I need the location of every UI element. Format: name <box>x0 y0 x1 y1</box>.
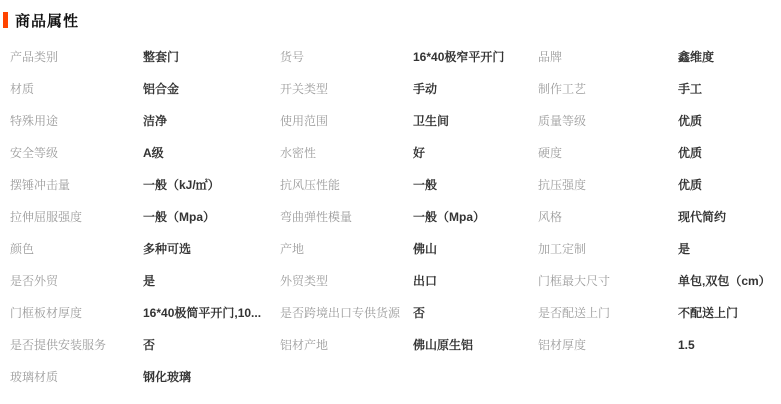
attr-label: 使用范围 <box>280 105 413 137</box>
attr-label: 铝材厚度 <box>538 329 678 361</box>
attr-label: 是否配送上门 <box>538 297 678 329</box>
attr-value: 16*40极简平开门,10... <box>143 297 280 329</box>
attr-label: 产地 <box>280 233 413 265</box>
attr-value: 不配送上门 <box>678 297 781 329</box>
attr-value: 单包,双包（cm） <box>678 265 781 297</box>
attr-value: 优质 <box>678 169 781 201</box>
attr-label: 水密性 <box>280 137 413 169</box>
attr-value: 铝合金 <box>143 73 280 105</box>
attr-value: 佛山原生铝 <box>413 329 538 361</box>
attr-value: 否 <box>413 297 538 329</box>
attr-value: 否 <box>143 329 280 361</box>
attr-value: 优质 <box>678 137 781 169</box>
attr-label: 玻璃材质 <box>10 361 143 393</box>
attr-value: 手动 <box>413 73 538 105</box>
section-header: 商品属性 <box>3 10 781 30</box>
attr-value: 一般（Mpa） <box>413 201 538 233</box>
attributes-grid: 产品类别整套门货号16*40极窄平开门品牌鑫维度材质铝合金开关类型手动制作工艺手… <box>0 41 781 393</box>
attr-label: 抗压强度 <box>538 169 678 201</box>
attr-label: 风格 <box>538 201 678 233</box>
attr-value: 一般 <box>413 169 538 201</box>
attr-label: 质量等级 <box>538 105 678 137</box>
attr-label: 抗风压性能 <box>280 169 413 201</box>
attr-value: 16*40极窄平开门 <box>413 41 538 73</box>
attr-label: 是否外贸 <box>10 265 143 297</box>
attr-value: 手工 <box>678 73 781 105</box>
attr-label: 品牌 <box>538 41 678 73</box>
attr-label: 弯曲弹性模量 <box>280 201 413 233</box>
attr-label: 外贸类型 <box>280 265 413 297</box>
attr-value: 钢化玻璃 <box>143 361 280 393</box>
attr-value: 好 <box>413 137 538 169</box>
attr-label: 特殊用途 <box>10 105 143 137</box>
attr-label: 是否跨境出口专供货源 <box>280 297 413 329</box>
attr-value: 出口 <box>413 265 538 297</box>
attr-label: 货号 <box>280 41 413 73</box>
attr-label: 门框最大尺寸 <box>538 265 678 297</box>
accent-bar-icon <box>3 12 8 28</box>
attr-label: 开关类型 <box>280 73 413 105</box>
attr-label: 拉伸屈服强度 <box>10 201 143 233</box>
attr-value: 佛山 <box>413 233 538 265</box>
attr-value: 现代简约 <box>678 201 781 233</box>
attr-value: 是 <box>678 233 781 265</box>
attr-value: 鑫维度 <box>678 41 781 73</box>
attr-value: 卫生间 <box>413 105 538 137</box>
attr-label: 是否提供安装服务 <box>10 329 143 361</box>
attr-label: 制作工艺 <box>538 73 678 105</box>
product-attributes-section: 商品属性 产品类别整套门货号16*40极窄平开门品牌鑫维度材质铝合金开关类型手动… <box>0 0 781 393</box>
attr-value: 整套门 <box>143 41 280 73</box>
attr-value: 一般（kJ/㎡） <box>143 169 280 201</box>
attr-value: A级 <box>143 137 280 169</box>
attr-label: 颜色 <box>10 233 143 265</box>
attr-label: 铝材产地 <box>280 329 413 361</box>
attr-label: 材质 <box>10 73 143 105</box>
attr-label: 加工定制 <box>538 233 678 265</box>
attr-value: 优质 <box>678 105 781 137</box>
attr-label: 硬度 <box>538 137 678 169</box>
attr-label: 产品类别 <box>10 41 143 73</box>
section-title: 商品属性 <box>15 10 79 31</box>
attr-label: 摆锤冲击量 <box>10 169 143 201</box>
attr-value: 多种可选 <box>143 233 280 265</box>
attr-value: 洁净 <box>143 105 280 137</box>
attr-value: 是 <box>143 265 280 297</box>
attr-label: 门框板材厚度 <box>10 297 143 329</box>
attr-label: 安全等级 <box>10 137 143 169</box>
attr-value: 1.5 <box>678 329 781 361</box>
attr-value: 一般（Mpa） <box>143 201 280 233</box>
